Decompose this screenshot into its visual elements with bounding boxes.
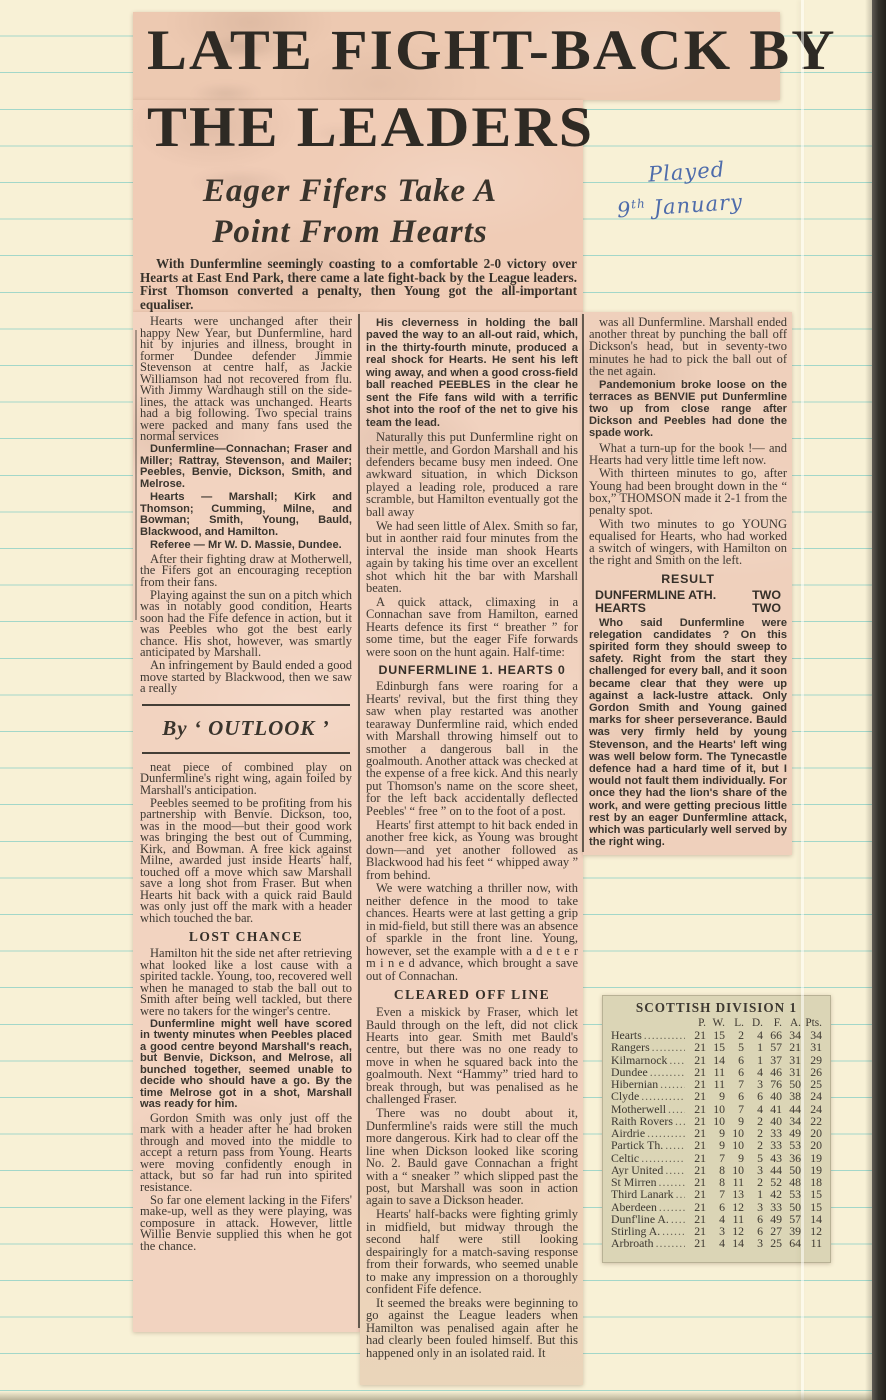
result-score: TWO: [752, 589, 781, 603]
article-paragraph: Edinburgh fans were roaring for a Hearts…: [366, 680, 578, 817]
stat-value: 1: [744, 1054, 763, 1066]
handwritten-month: January: [645, 190, 744, 221]
article-paragraph: What a turn-up for the book !— and Heart…: [589, 442, 787, 466]
article-paragraph: Hearts' half-backs were fighting grimly …: [366, 1208, 578, 1295]
table-row: Kilmarnock....................2114613731…: [611, 1054, 822, 1066]
stat-value: 19: [801, 1152, 822, 1164]
stat-value: 21: [687, 1090, 706, 1102]
stat-value: 21: [687, 1139, 706, 1151]
article-column-left: Hearts were unchanged after their happy …: [140, 316, 352, 1330]
stat-value: 15: [801, 1201, 822, 1213]
dot-leader: ....................: [659, 1201, 685, 1213]
headline-line-2: THE LEADERS: [147, 95, 594, 160]
stat-value: 31: [801, 1041, 822, 1053]
stat-value: 64: [782, 1237, 801, 1249]
stat-value: 6: [725, 1090, 744, 1102]
section-heading: RESULT: [589, 572, 787, 586]
dot-leader: ....................: [656, 1237, 685, 1249]
article-paragraph: Peebles seemed to be profiting from his …: [140, 798, 352, 925]
stat-value: 21: [687, 1152, 706, 1164]
team-name: Motherwell: [611, 1103, 666, 1115]
stat-value: 2: [744, 1139, 763, 1151]
dot-leader: ....................: [660, 1078, 685, 1090]
stat-value: 25: [763, 1237, 782, 1249]
article-paragraph: We had seen little of Alex. Smith so far…: [366, 520, 578, 595]
table-row: Aberdeen....................216123335015: [611, 1201, 822, 1213]
handwritten-ordinal: th: [631, 196, 647, 211]
article-paragraph: Even a miskick by Fraser, which let Baul…: [366, 1006, 578, 1106]
team-name: Partick Th.: [611, 1139, 663, 1151]
article-paragraph-bold: His cleverness in holding the ball paved…: [366, 317, 578, 429]
league-table-rows: Hearts....................211524663434Ra…: [611, 1029, 822, 1250]
dot-leader: ....................: [671, 1213, 685, 1225]
table-row: Third Lanark....................21713142…: [611, 1188, 822, 1200]
result-team: HEARTS: [595, 602, 646, 616]
subheadline-line-2: Point From Hearts: [140, 214, 560, 251]
stat-value: 20: [801, 1139, 822, 1151]
stat-value: 1: [744, 1188, 763, 1200]
article-paragraph: Naturally this put Dunfermline right on …: [366, 431, 578, 518]
article-paragraph: Hamilton hit the side net after retrievi…: [140, 948, 352, 1017]
article-paragraph-bold: Hearts — Marshall; Kirk and Thomson; Cum…: [140, 492, 352, 538]
article-paragraph: Hearts' first attempt to hit back ended …: [366, 819, 578, 881]
article-paragraph-bold: Dunfermline—Connachan; Fraser and Miller…: [140, 444, 352, 490]
stat-value: 21: [687, 1201, 706, 1213]
stat-value: 3: [744, 1201, 763, 1213]
page-bottom-shadow: [0, 1391, 872, 1400]
result-row: DUNFERMLINE ATH.TWO: [589, 589, 787, 603]
table-row: Rangers....................211551572131: [611, 1041, 822, 1053]
dot-leader: ....................: [665, 1164, 685, 1176]
table-row: Celtic....................21795433619: [611, 1152, 822, 1164]
column-rule-1: [358, 314, 360, 1328]
dot-leader: ....................: [662, 1225, 685, 1237]
article-paragraph: It seemed the breaks were beginning to g…: [366, 1297, 578, 1359]
stat-value: 13: [725, 1188, 744, 1200]
stat-value: 21: [687, 1041, 706, 1053]
result-row: HEARTSTWO: [589, 602, 787, 616]
stat-value: 53: [782, 1139, 801, 1151]
handwritten-note-line-1: Played: [647, 157, 726, 186]
stat-value: 10: [725, 1139, 744, 1151]
article-paragraph: Hearts were unchanged after their happy …: [140, 316, 352, 443]
article-paragraph: Gordon Smith was only just off the mark …: [140, 1113, 352, 1194]
section-heading: LOST CHANCE: [140, 929, 352, 945]
page-crease: [801, 0, 804, 1400]
section-heading: CLEARED OFF LINE: [366, 987, 578, 1003]
stat-value: 36: [782, 1152, 801, 1164]
stat-value: 6: [744, 1090, 763, 1102]
stat-value: 42: [763, 1188, 782, 1200]
team-name: Clyde: [611, 1090, 639, 1102]
stat-value: 33: [763, 1139, 782, 1151]
stat-value: 7: [706, 1152, 725, 1164]
section-heading: DUNFERMLINE 1. HEARTS 0: [366, 663, 578, 677]
stat-value: 7: [706, 1188, 725, 1200]
league-table-title: SCOTTISH DIVISION 1: [611, 1000, 822, 1016]
dot-leader: ....................: [644, 1029, 685, 1041]
table-row: Motherwell....................2110744144…: [611, 1103, 822, 1115]
article-paragraph: was all Dunfermline. Marshall ended anot…: [589, 316, 787, 377]
stat-value: 29: [801, 1054, 822, 1066]
stat-value: 4: [706, 1237, 725, 1249]
article-paragraph-bold: Who said Dunfermline were relegation can…: [589, 617, 787, 849]
stat-value: 24: [801, 1090, 822, 1102]
dot-leader: ....................: [665, 1139, 685, 1151]
stat-value: 11: [801, 1237, 822, 1249]
dot-leader: ....................: [641, 1090, 685, 1102]
stat-value: 6: [725, 1054, 744, 1066]
stat-value: 24: [801, 1103, 822, 1115]
stat-value: 3: [744, 1237, 763, 1249]
league-table-clipping: SCOTTISH DIVISION 1 P. W. L. D. F. A. Pt…: [602, 995, 831, 1263]
dot-leader: ....................: [659, 1176, 685, 1188]
dot-leader: ....................: [668, 1103, 685, 1115]
article-column-right: was all Dunfermline. Marshall ended anot…: [589, 316, 787, 853]
stat-value: 7: [725, 1103, 744, 1115]
team-name: Third Lanark: [611, 1188, 674, 1200]
stat-value: 9: [725, 1152, 744, 1164]
byline-box: By ‘ OUTLOOK ’: [142, 704, 350, 754]
column-rule-2: [582, 314, 584, 852]
stat-value: 14: [725, 1237, 744, 1249]
stat-value: 33: [763, 1201, 782, 1213]
article-column-middle: His cleverness in holding the ball paved…: [366, 316, 578, 1382]
article-paragraph: So far one element lacking in the Fifers…: [140, 1195, 352, 1253]
stat-value: 53: [782, 1188, 801, 1200]
stat-value: 38: [782, 1090, 801, 1102]
stat-value: 9: [706, 1090, 725, 1102]
team-name: Celtic: [611, 1152, 639, 1164]
article-paragraph: Playing against the sun on a pitch which…: [140, 590, 352, 659]
result-score: TWO: [752, 602, 781, 616]
scrapbook-page: LATE FIGHT-BACK BY THE LEADERS Eager Fif…: [0, 0, 886, 1400]
article-paragraph: An infringement by Bauld ended a good mo…: [140, 660, 352, 695]
article-paragraph: With two minutes to go YOUNG equalised f…: [589, 518, 787, 567]
stat-value: 21: [687, 1188, 706, 1200]
stat-value: 21: [687, 1054, 706, 1066]
stat-value: 21: [687, 1103, 706, 1115]
team-name: Rangers: [611, 1041, 650, 1053]
stat-value: 15: [801, 1188, 822, 1200]
stat-value: 44: [782, 1103, 801, 1115]
stat-value: 1: [744, 1041, 763, 1053]
column-rule-left-edge: [135, 330, 137, 620]
stat-value: 5: [725, 1041, 744, 1053]
intro-paragraph: With Dunfermline seemingly coasting to a…: [140, 257, 577, 312]
table-row: Arbroath....................214143256411: [611, 1237, 822, 1249]
stat-value: 4: [744, 1103, 763, 1115]
article-paragraph: neat piece of combined play on Dunfermli…: [140, 762, 352, 797]
stat-value: 21: [687, 1237, 706, 1249]
team-name: Arbroath: [611, 1237, 654, 1249]
table-row: Clyde....................21966403824: [611, 1090, 822, 1102]
article-paragraph: We were watching a thriller now, with ne…: [366, 882, 578, 982]
article-paragraph: With thirteen minutes to go, after Young…: [589, 467, 787, 516]
dot-leader: ....................: [669, 1054, 685, 1066]
stat-value: 12: [725, 1201, 744, 1213]
stat-value: 10: [706, 1103, 725, 1115]
article-paragraph: A quick attack, climaxing in a Connachan…: [366, 596, 578, 658]
page-edge-shadow: [865, 0, 872, 1400]
subheadline-line-1: Eager Fifers Take A: [140, 173, 560, 210]
dot-leader: ....................: [647, 1127, 685, 1139]
team-name: Kilmarnock: [611, 1054, 667, 1066]
stat-value: 37: [763, 1054, 782, 1066]
stat-value: 41: [763, 1103, 782, 1115]
handwritten-note-line-2: 9th January: [616, 190, 743, 223]
dot-leader: ....................: [650, 1066, 685, 1078]
stat-value: 6: [706, 1201, 725, 1213]
article-paragraph-bold: Dunfermline might well have scored in tw…: [140, 1019, 352, 1111]
article-paragraph: After their fighting draw at Motherwell,…: [140, 554, 352, 589]
stat-value: 21: [782, 1041, 801, 1053]
stat-value: 5: [744, 1152, 763, 1164]
stat-value: 31: [782, 1054, 801, 1066]
album-cover-edge: [872, 0, 886, 1400]
stat-value: 40: [763, 1090, 782, 1102]
article-paragraph-bold: Referee — Mr W. D. Massie, Dundee.: [140, 540, 352, 552]
stat-value: 43: [763, 1152, 782, 1164]
dot-leader: ....................: [641, 1152, 685, 1164]
stat-value: 9: [706, 1139, 725, 1151]
article-paragraph-bold: Pandemonium broke loose on the terraces …: [589, 379, 787, 440]
stat-value: 15: [706, 1041, 725, 1053]
result-team: DUNFERMLINE ATH.: [595, 589, 716, 603]
headline-line-1: LATE FIGHT-BACK BY: [147, 18, 837, 83]
team-name: Aberdeen: [611, 1201, 657, 1213]
table-row: Partick Th.....................219102335…: [611, 1139, 822, 1151]
stat-value: 57: [763, 1041, 782, 1053]
dot-leader: ....................: [652, 1041, 685, 1053]
article-paragraph: There was no doubt about it, Dunfermline…: [366, 1107, 578, 1207]
dot-leader: ....................: [675, 1115, 685, 1127]
stat-value: 50: [782, 1201, 801, 1213]
dot-leader: ....................: [676, 1188, 685, 1200]
stat-value: 14: [706, 1054, 725, 1066]
